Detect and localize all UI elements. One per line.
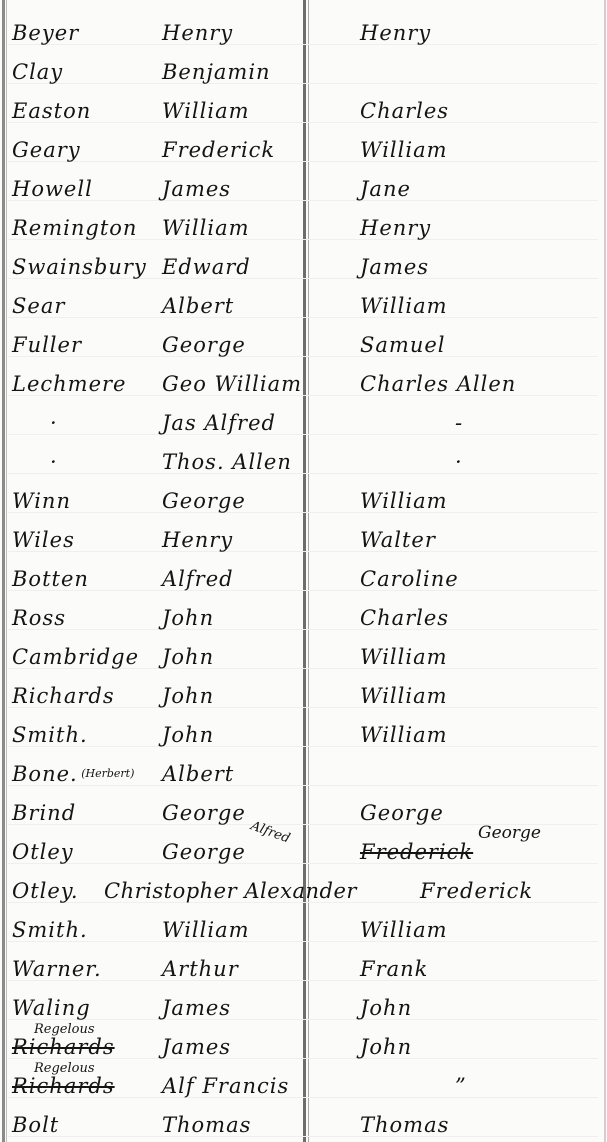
surname-cell: Cambridge [12,638,139,676]
father-name-cell: Henry [360,14,431,52]
forename-cell: Albert [162,287,234,325]
father-name-correction: George [478,823,541,843]
surname-cell: Richards [12,677,115,715]
register-row: WilesHenryWalter [0,521,607,559]
father-name-cell: William [360,131,448,169]
surname-cell: Warner. [12,950,102,988]
register-row: Smith.JohnWilliam [0,716,607,754]
surname-cell: · [50,443,58,481]
forename-cell: Alf Francis [162,1067,289,1105]
surname-cell: Easton [12,92,91,130]
father-name-cell: William [360,911,448,949]
father-name-cell: Henry [360,209,431,247]
father-name-cell: George [360,794,444,832]
father-name-cell: John [360,989,412,1027]
forename-cell: Jas Alfred [162,404,276,442]
surname-cell: Wiles [12,521,75,559]
register-page: BeyerHenryHenryClayBenjaminEastonWilliam… [0,0,607,1142]
register-row: LechmereGeo WilliamCharles Allen [0,365,607,403]
father-name-cell: Walter [360,521,436,559]
father-name-cell: James [360,248,429,286]
register-row: RemingtonWilliamHenry [0,209,607,247]
surname-cell: Clay [12,53,63,91]
forename-cell: Christopher Alexander [104,872,357,910]
register-row: BoltThomasThomas [0,1106,607,1142]
father-name-cell: William [360,638,448,676]
surname-cell: Bone. (Herbert) [12,755,134,797]
father-name-cell: Samuel [360,326,446,364]
surname-cell: Smith. [12,716,88,754]
father-name-cell: Charles Allen [360,365,516,403]
register-row: BeyerHenryHenry [0,14,607,52]
forename-cell: John [162,599,214,637]
father-name-cell: - [455,404,463,442]
surname-cell: Bolt [12,1106,59,1142]
surname-cell: Fuller [12,326,82,364]
forename-cell: James [162,170,231,208]
father-name-cell: Caroline [360,560,459,598]
forename-cell: Edward [162,248,251,286]
forename-cell: William [162,209,250,247]
surname-cell: Beyer [12,14,79,52]
surname-note: (Herbert) [78,767,135,780]
forename-cell: Alfred [162,560,234,598]
forename-cell: Thomas [162,1106,251,1142]
father-name-cell: William [360,287,448,325]
forename-cell: James [162,1028,231,1066]
forename-cell: John [162,638,214,676]
forename-cell: Henry [162,521,233,559]
register-row: FullerGeorgeSamuel [0,326,607,364]
forename-cell: William [162,911,250,949]
father-name-cell: ” [455,1067,467,1105]
father-name-cell: William [360,677,448,715]
forename-cell: George [162,794,246,832]
surname-cell: Otley. [12,872,79,910]
forename-cell: John [162,677,214,715]
father-name-cell: William [360,482,448,520]
surname-cell: Howell [12,170,93,208]
surname-cell: Winn [12,482,71,520]
father-name-cell: Charles [360,92,449,130]
forename-cell: Benjamin [162,53,271,91]
surname-cell: Sear [12,287,65,325]
surname-correction: Regelous [34,1061,95,1076]
surname-cell: Lechmere [12,365,126,403]
register-row: Smith.WilliamWilliam [0,911,607,949]
register-row: Otley.Christopher AlexanderFrederick [0,872,607,910]
forename-cell: George [162,326,246,364]
forename-cell: George [162,482,246,520]
father-name-cell: Charles [360,599,449,637]
father-name-cell: Frank [360,950,428,988]
forename-cell: Frederick [162,131,275,169]
register-row: SwainsburyEdwardJames [0,248,607,286]
surname-cell: Smith. [12,911,88,949]
father-name-cell: John [360,1028,412,1066]
forename-cell: William [162,92,250,130]
father-name-cell: · [455,443,463,481]
register-row: OtleyGeorgeAlfredFrederickGeorge [0,833,607,871]
surname-cell: Otley [12,833,74,871]
forename-cell: Geo William [162,365,302,403]
register-row: Warner.ArthurFrank [0,950,607,988]
register-row: ·Jas Alfred- [0,404,607,442]
register-row: WinnGeorgeWilliam [0,482,607,520]
surname-cell: Brind [12,794,76,832]
forename-cell: James [162,989,231,1027]
surname-cell: · [50,404,58,442]
father-name-cell: Thomas [360,1106,449,1142]
surname-cell: Botten [12,560,89,598]
register-row: BottenAlfredCaroline [0,560,607,598]
surname-correction: Regelous [34,1022,95,1037]
register-row: SearAlbertWilliam [0,287,607,325]
forename-cell: George [162,833,246,871]
register-row: HowellJamesJane [0,170,607,208]
forename-cell: Henry [162,14,233,52]
register-row: EastonWilliamCharles [0,92,607,130]
register-row: GearyFrederickWilliam [0,131,607,169]
father-name-cell: Frederick [420,872,533,910]
register-row: RossJohnCharles [0,599,607,637]
surname-cell: Remington [12,209,137,247]
register-row: RichardsRegelousAlf Francis” [0,1067,607,1105]
father-name-cell: Jane [360,170,411,208]
forename-cell: Albert [162,755,234,793]
surname-cell: Ross [12,599,66,637]
father-name-cell: William [360,716,448,754]
register-row: Bone. (Herbert)Albert [0,755,607,793]
forename-cell: Thos. Allen [162,443,292,481]
register-row: ClayBenjamin [0,53,607,91]
register-row: RichardsJohnWilliam [0,677,607,715]
forename-cell: John [162,716,214,754]
father-name-cell: Frederick [360,833,473,871]
forename-cell: Arthur [162,950,239,988]
surname-cell: Geary [12,131,81,169]
surname-cell: Swainsbury [12,248,147,286]
register-row: ·Thos. Allen· [0,443,607,481]
register-row: CambridgeJohnWilliam [0,638,607,676]
